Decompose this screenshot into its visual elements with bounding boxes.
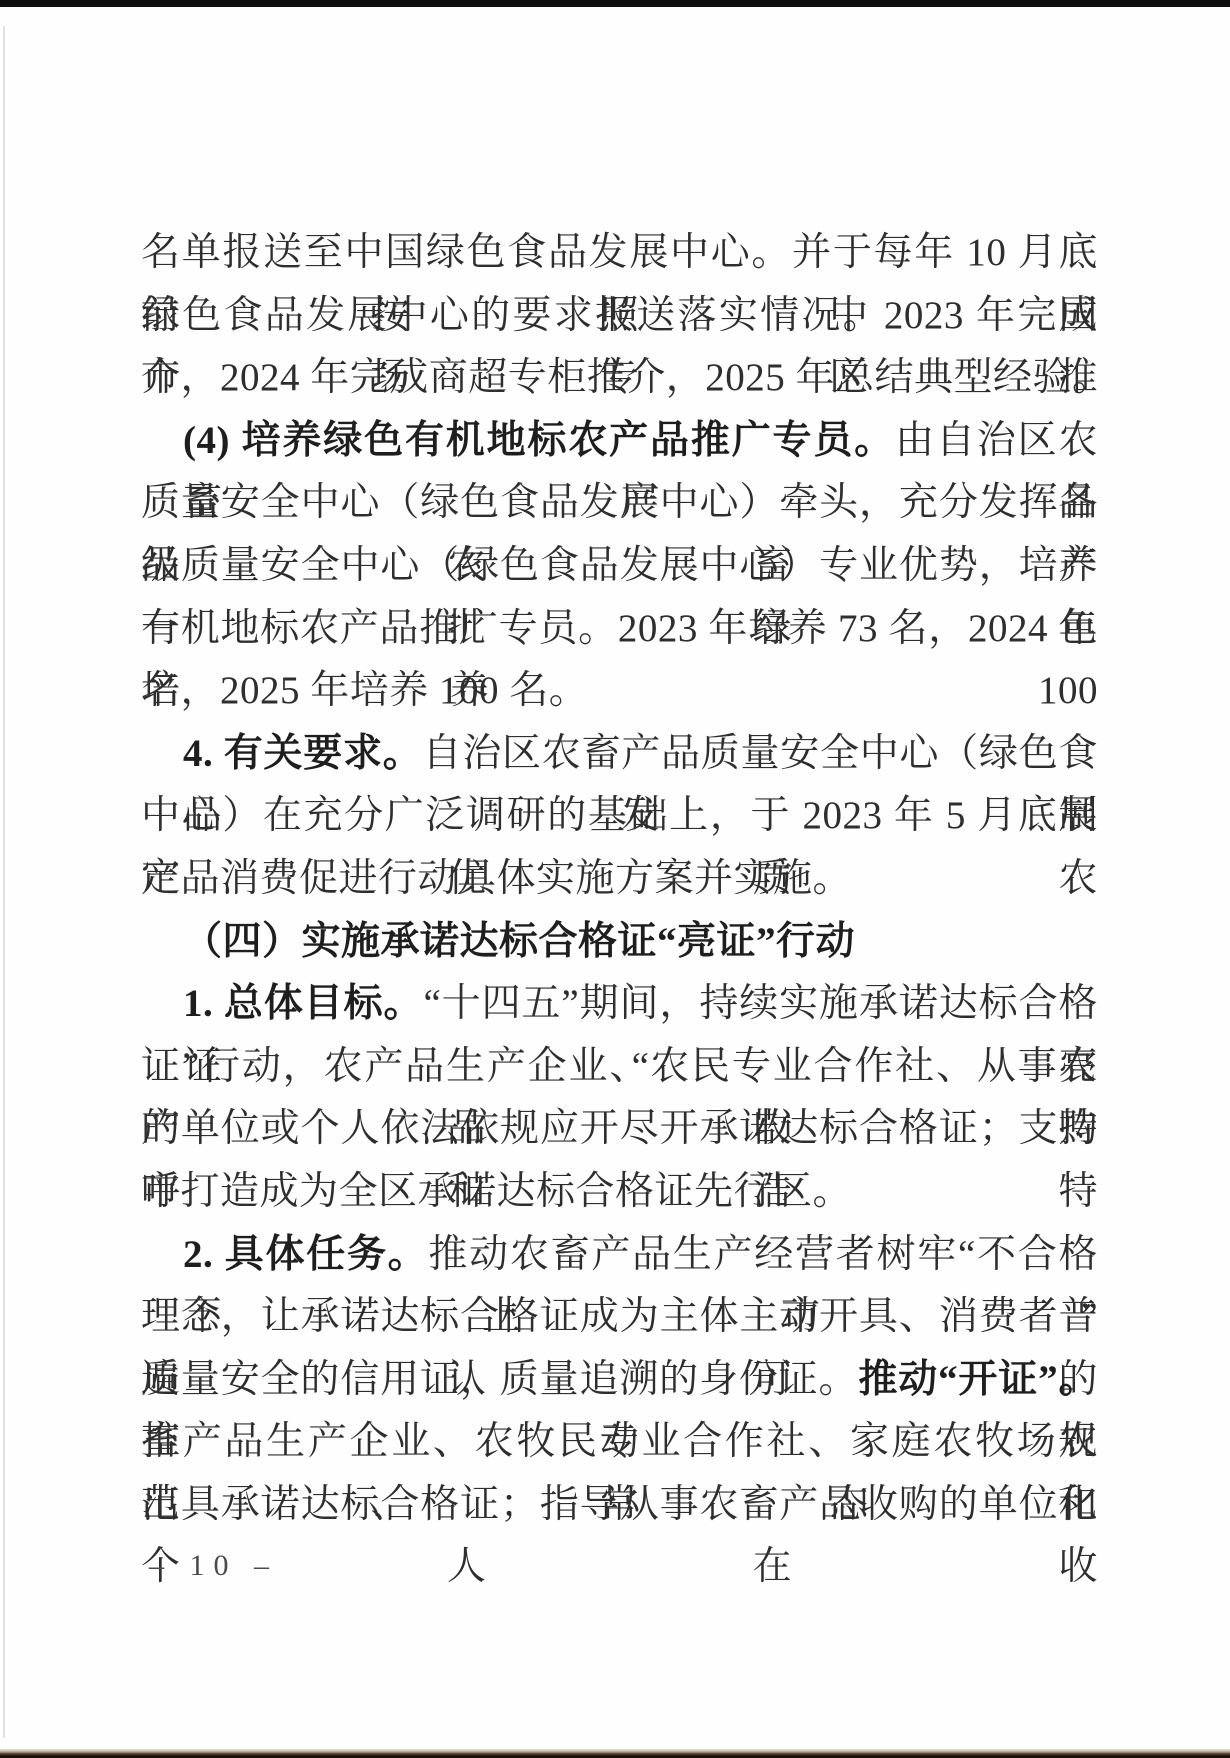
text-line: 绿色食品发展中心的要求报送落实情况。2023 年完成市场专区推: [141, 285, 1098, 348]
text-run: 市打造成为全区承诺达标合格证先行区。: [141, 1170, 852, 1213]
document-page: 名单报送至中国绿色食品发展中心。并于每年 10 月底前按照中国绿色食品发展中心的…: [0, 0, 1230, 1758]
text-line: 证”行动，农产品生产企业、农民专业合作社、从事农产品收购: [141, 1036, 1098, 1099]
text-line: 名单报送至中国绿色食品发展中心。并于每年 10 月底前按照中国: [141, 222, 1098, 285]
text-run: 产品消费促进行动具体实施方案并实施。: [141, 857, 852, 900]
text-line: 4. 有关要求。自治区农畜产品质量安全中心（绿色食品发展: [141, 723, 1098, 786]
text-line: 的单位或个人依法依规应开尽开承诺达标合格证；支持呼和浩特: [141, 1098, 1098, 1161]
text-line: 理念，让承诺达标合格证成为主体主动开具、消费者普遍认可的: [141, 1286, 1098, 1349]
text-run: 名，2025 年培养 100 名。: [141, 669, 588, 712]
bold-text-run: 1. 总体目标。: [183, 982, 423, 1025]
text-line: 质量安全的信用证，质量追溯的身份证。推动“开证”。推动农: [141, 1349, 1098, 1412]
text-line: 品质量安全中心（绿色食品发展中心）专业优势，培养一批绿色: [141, 535, 1098, 598]
bold-text-run: （四）实施承诺达标合格证“亮证”行动: [183, 920, 855, 963]
text-line: 质量安全中心（绿色食品发展中心）牵头，充分发挥各级农畜产: [141, 472, 1098, 535]
text-line: 中心）在充分广泛调研的基础上，于 2023 年 5 月底制定优质农: [141, 785, 1098, 848]
text-line: 2. 具体任务。推动农畜产品生产经营者树牢“不合格不上市”: [141, 1224, 1098, 1287]
page-number: – 10 –: [149, 1549, 278, 1583]
text-run: 介，2024 年完成商超专柜推介，2025 年总结典型经验。: [141, 356, 1112, 399]
bold-text-run: 2. 具体任务。: [183, 1233, 428, 1276]
text-line: 1. 总体目标。“十四五”期间，持续实施承诺达标合格证“亮: [141, 973, 1098, 1036]
text-line: 介，2024 年完成商超专柜推介，2025 年总结典型经验。: [141, 347, 1098, 410]
text-run: 质量安全的信用证，质量追溯的身份证。: [141, 1358, 858, 1401]
text-line: (4) 培养绿色有机地标农产品推广专员。由自治区农畜产品: [141, 410, 1098, 473]
text-line: 有机地标农产品推广专员。2023 年培养 73 名，2024 年培养 100: [141, 598, 1098, 661]
bold-text-run: 4. 有关要求。: [183, 732, 423, 775]
scan-left-edge-line: [3, 26, 5, 1738]
bold-text-run: (4) 培养绿色有机地标农产品推广专员。: [183, 419, 895, 462]
text-line: 出具承诺达标合格证；指导从事农畜产品收购的单位和个人在收: [141, 1474, 1098, 1537]
scan-top-edge: [0, 0, 1230, 7]
text-run: 出具承诺达标合格证；指导从事农畜产品收购的单位和个人在收: [141, 1483, 1098, 1589]
text-line: 畜产品生产企业、农牧民专业合作社、家庭农牧场规范、常态化: [141, 1411, 1098, 1474]
bold-text-run: 推动“开证”。: [858, 1358, 1098, 1401]
document-body-text: 名单报送至中国绿色食品发展中心。并于每年 10 月底前按照中国绿色食品发展中心的…: [141, 222, 1098, 1536]
scan-bottom-edge: [0, 1749, 1230, 1758]
text-line: （四）实施承诺达标合格证“亮证”行动: [141, 911, 1098, 974]
